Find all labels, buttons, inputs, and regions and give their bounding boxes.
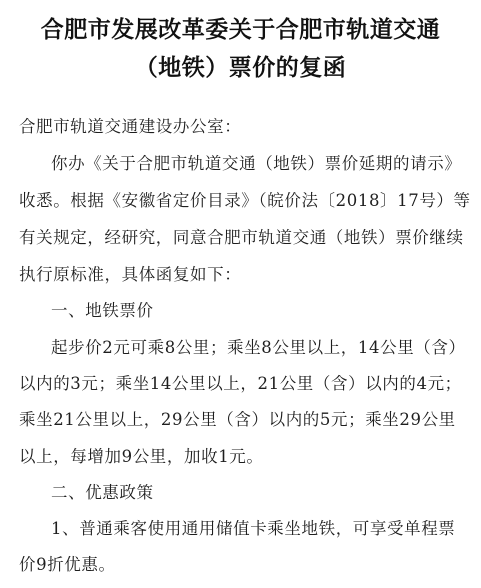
body-line: 以上，每增加9公里，加收1元。 — [19, 443, 462, 467]
document-title-line-1: 合肥市发展改革委关于合肥市轨道交通 — [0, 11, 481, 44]
body-line: 有关规定，经研究，同意合肥市轨道交通（地铁）票价继续 — [19, 224, 462, 248]
section-heading-discount-policy: 二、优惠政策 — [51, 479, 481, 503]
body-line: 起步价2元可乘8公里；乘坐8公里以上，14公里（含） — [51, 334, 481, 358]
salutation: 合肥市轨道交通建设办公室： — [19, 113, 462, 137]
body-line: 以内的3元；乘坐14公里以上，21公里（含）以内的4元； — [19, 370, 462, 394]
section-heading-ticket-price: 一、地铁票价 — [51, 297, 481, 321]
document-title-line-2: （地铁）票价的复函 — [0, 49, 481, 82]
body-line: 1、普通乘客使用通用储值卡乘坐地铁，可享受单程票 — [51, 515, 481, 539]
body-line: 乘坐21公里以上，29公里（含）以内的5元；乘坐29公里 — [19, 406, 462, 430]
body-line: 价9折优惠。 — [19, 551, 462, 575]
body-line: 收悉。根据《安徽省定价目录》（皖价法〔2018〕17号）等 — [19, 187, 462, 211]
body-line: 你办《关于合肥市轨道交通（地铁）票价延期的请示》 — [51, 150, 481, 174]
body-line: 执行原标准，具体函复如下： — [19, 261, 462, 285]
